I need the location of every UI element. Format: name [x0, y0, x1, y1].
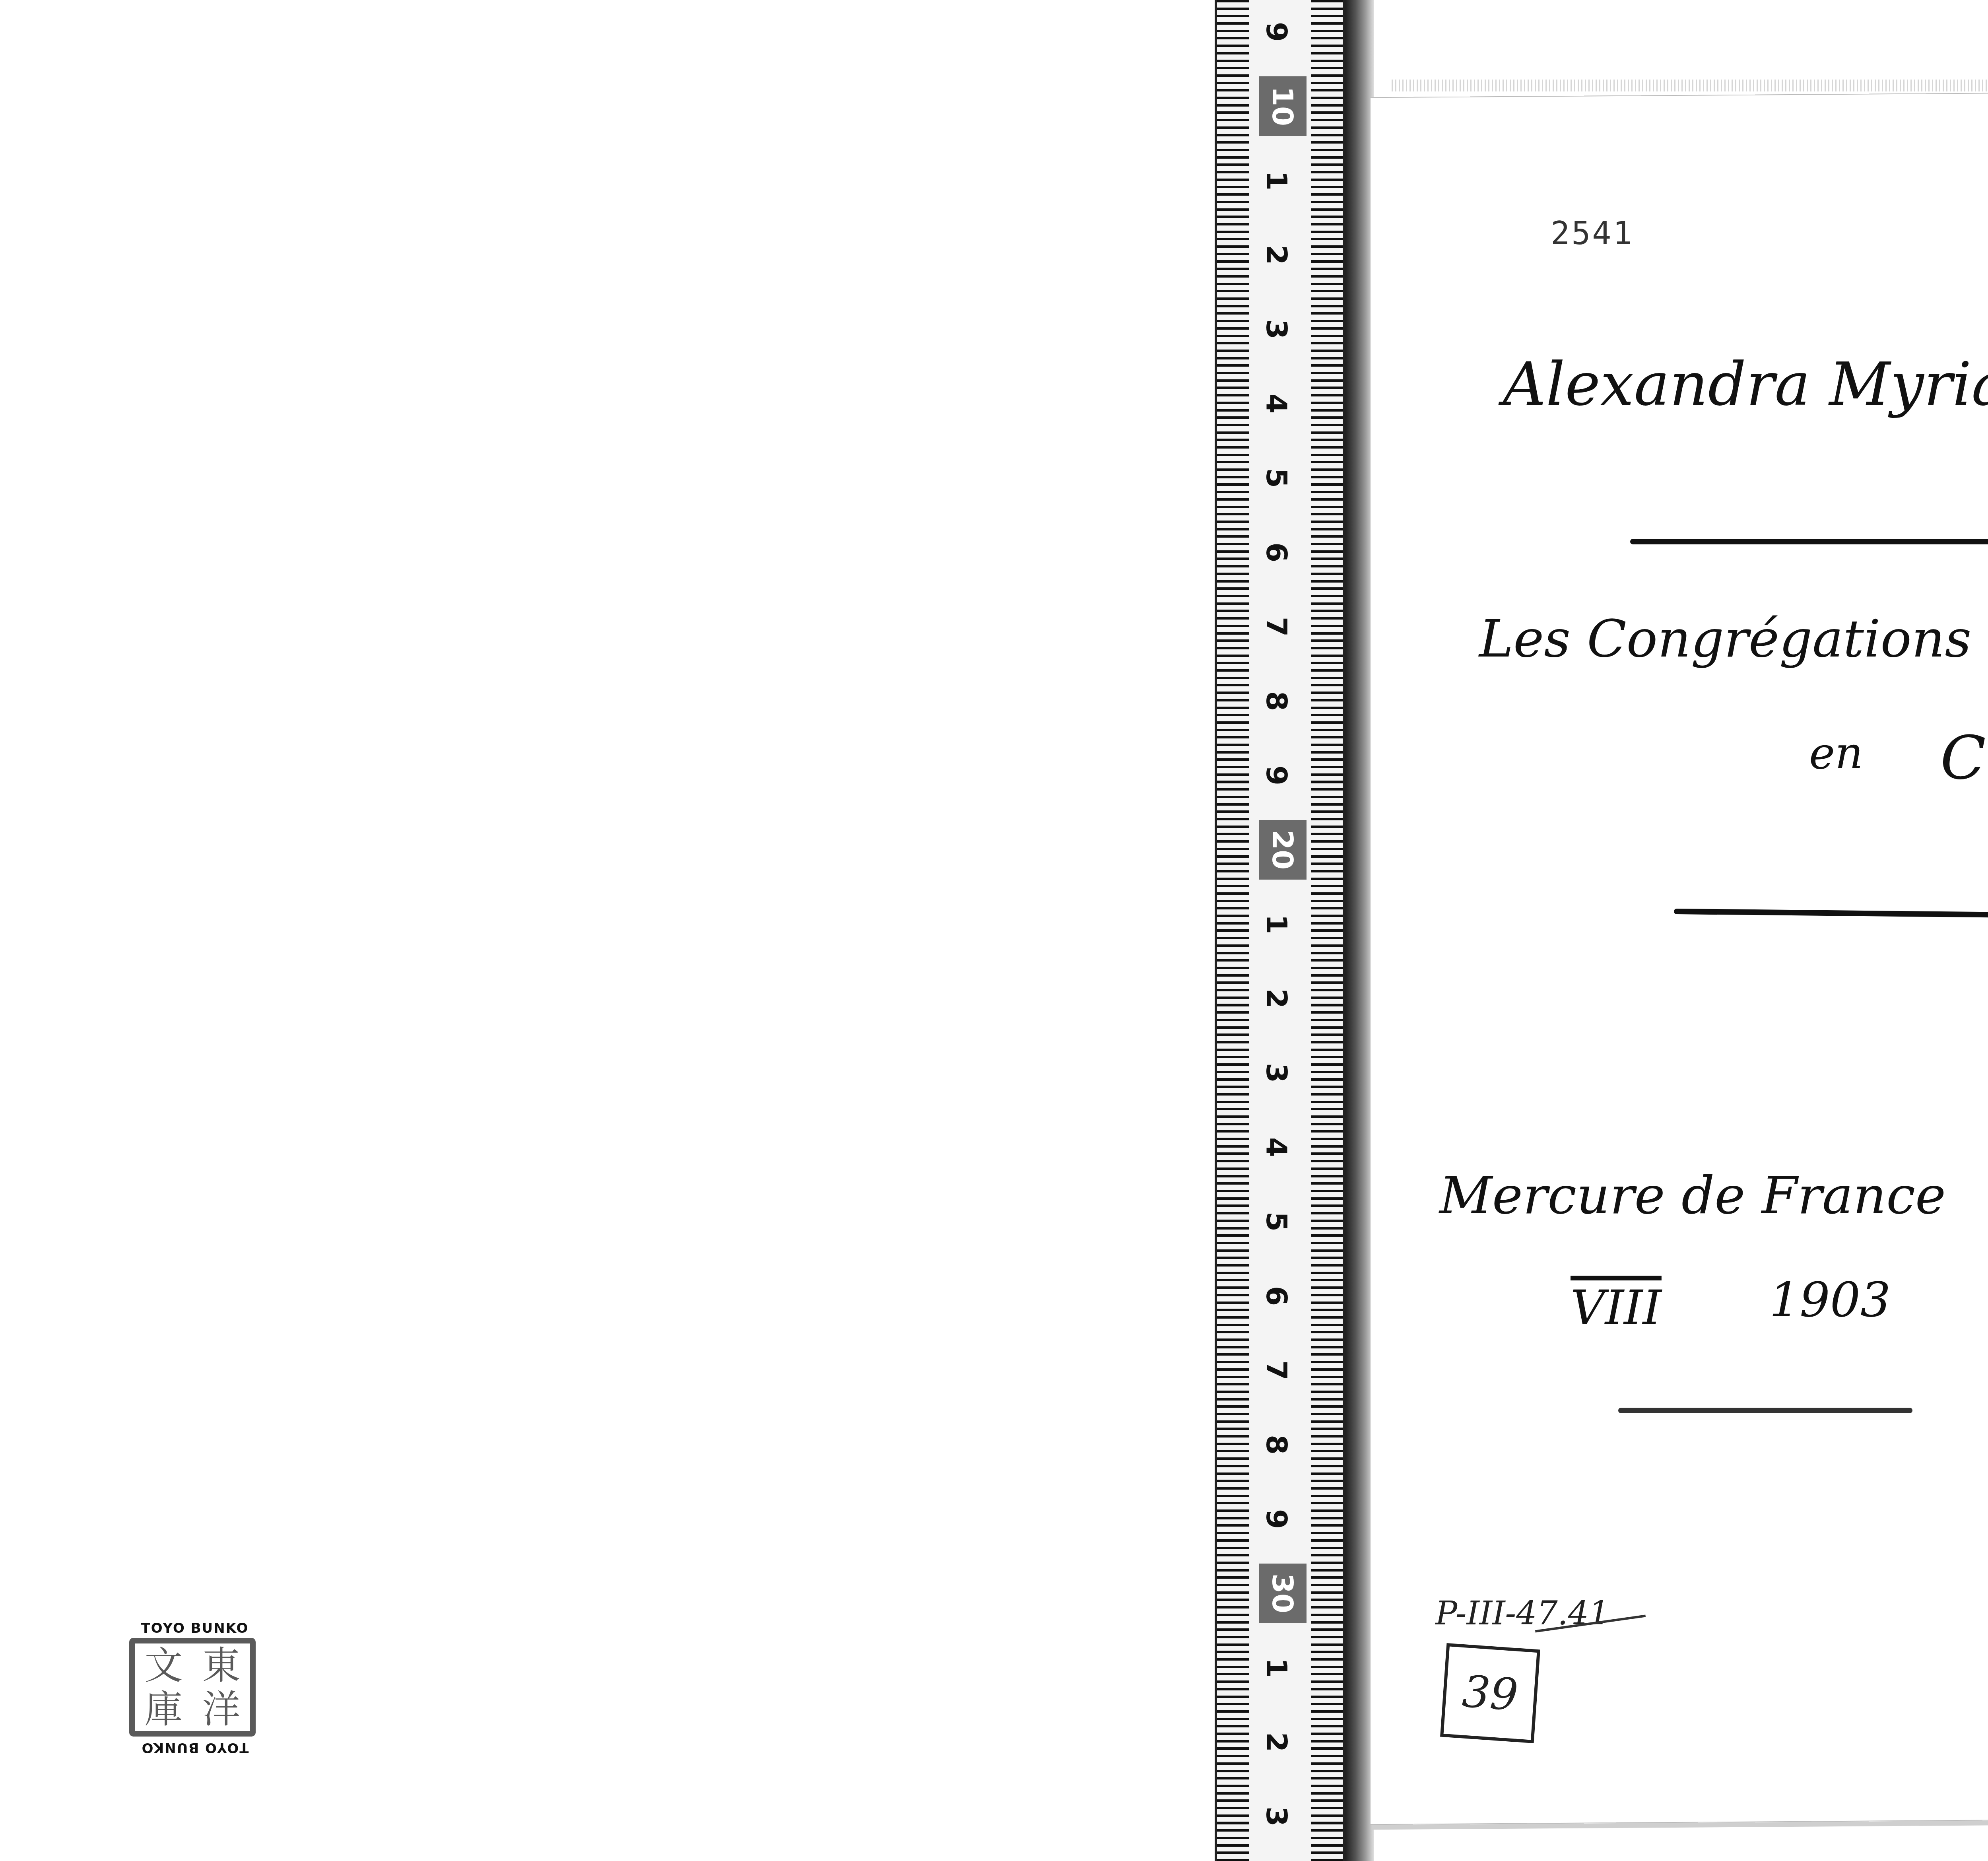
- ruler-mark: 9: [1253, 8, 1301, 56]
- seal-char: 洋: [202, 1690, 241, 1728]
- ruler-mark: 3: [1253, 305, 1301, 353]
- title-line-2-chine: Chine: [1940, 724, 1988, 793]
- seal-char: 庫: [145, 1690, 183, 1728]
- title-line-1: Les Congrégations: [1479, 608, 1971, 669]
- ruler-mark: 8: [1253, 677, 1301, 725]
- ruler-mark: 9: [1253, 1495, 1301, 1543]
- measuring-ruler: 9101234567892012345678930123: [1215, 0, 1346, 1861]
- volume-number: VIII: [1571, 1280, 1662, 1336]
- ruler-mark: 2: [1253, 975, 1301, 1022]
- ruler-mark: 30: [1259, 1564, 1307, 1623]
- catalog-number: P-III-47.41: [1435, 1595, 1609, 1632]
- ruler-mark: 3: [1253, 1793, 1301, 1840]
- ruler-mark: 20: [1259, 820, 1307, 880]
- ruler-mark: 7: [1253, 1346, 1301, 1394]
- title-line-2-en: en: [1809, 728, 1863, 779]
- publication-year: 1903: [1769, 1272, 1891, 1328]
- seal-bottom-text: TOYO BUNKO: [129, 1740, 260, 1756]
- ruler-mark: 10: [1259, 76, 1307, 136]
- ruler-mark: 6: [1253, 528, 1301, 576]
- ruler-mark: 3: [1253, 1049, 1301, 1097]
- stamp-number: 2541: [1551, 215, 1634, 252]
- ruler-mark: 5: [1253, 1198, 1301, 1245]
- ruler-mark: 5: [1253, 454, 1301, 502]
- ruler-mark: 4: [1253, 1123, 1301, 1171]
- ruler-mark: 1: [1253, 900, 1301, 948]
- author-name: Alexandra Myrial: [1503, 350, 1988, 419]
- ruler-mark: 8: [1253, 1421, 1301, 1469]
- ruler-mark: 2: [1253, 1718, 1301, 1766]
- ruler-mark: 6: [1253, 1272, 1301, 1320]
- ruler-mark: 7: [1253, 603, 1301, 651]
- ruler-ticks-right: [1311, 0, 1343, 1861]
- divider-line: [1618, 1408, 1912, 1413]
- ruler-mark: 9: [1253, 752, 1301, 799]
- ruler-mark: 2: [1253, 231, 1301, 279]
- seal-frame: 文 東 庫 洋: [129, 1638, 256, 1737]
- page-top-edge: [1392, 80, 1988, 91]
- ruler-mark: 4: [1253, 380, 1301, 427]
- seal-char: 文: [145, 1646, 183, 1684]
- seal-top-text: TOYO BUNKO: [129, 1620, 260, 1636]
- shelf-number: 39: [1461, 1666, 1520, 1720]
- seal-char: 東: [202, 1646, 241, 1684]
- publication-name: Mercure de France: [1439, 1165, 1946, 1226]
- shelf-number-box: 39: [1440, 1643, 1540, 1743]
- toyo-bunko-seal-bottom-left: TOYO BUNKO 文 東 庫 洋 TOYO BUNKO: [129, 1620, 260, 1756]
- ruler-mark: 1: [1253, 157, 1301, 204]
- divider-line: [1630, 539, 1988, 544]
- ruler-mark: 1: [1253, 1644, 1301, 1692]
- ruler-ticks-left: [1217, 0, 1249, 1861]
